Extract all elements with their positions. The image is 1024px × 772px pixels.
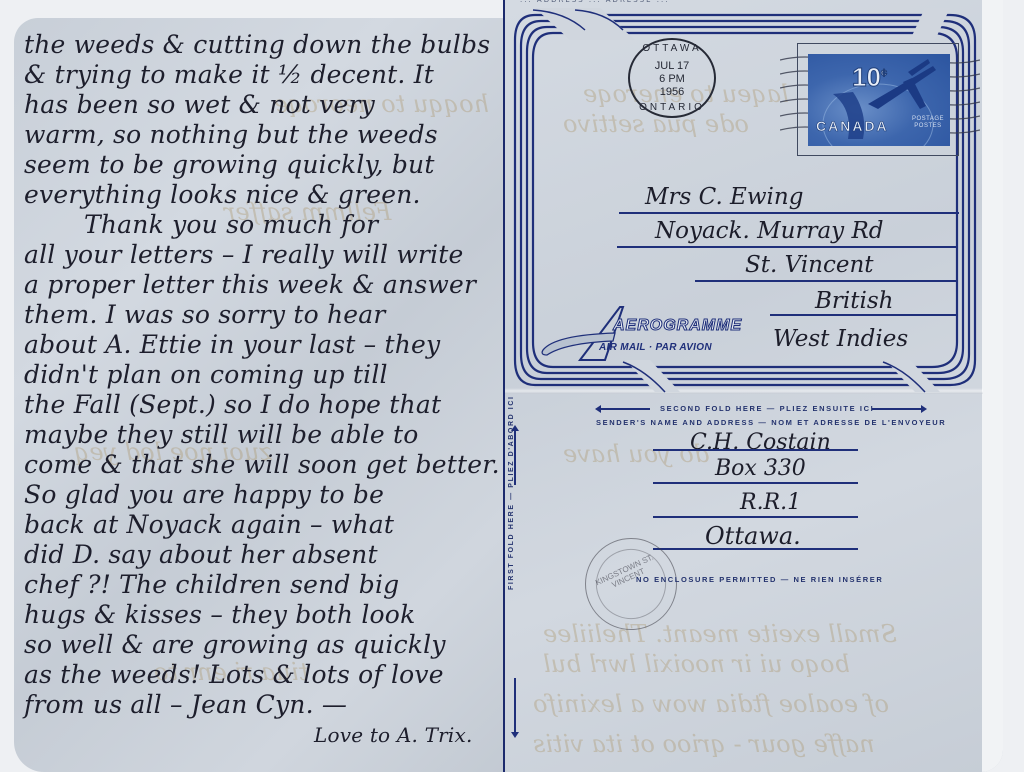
address-rule	[653, 516, 858, 518]
letter-line: has been so wet & not very	[24, 90, 502, 120]
letter-line: as the weeds! Lots & lots of love	[24, 660, 502, 690]
sender-line-3: Ottawa.	[705, 522, 801, 550]
arrow-down-icon	[514, 678, 516, 733]
letter-line: Thank you so much for	[84, 210, 504, 240]
address-rule	[653, 548, 858, 550]
receiving-postmark: KINGSTOWN ST. VINCENT	[585, 538, 677, 630]
letter-line: from us all – Jean Cyn. —	[24, 690, 502, 720]
sender-heading: SENDER'S NAME AND ADDRESS — NOM ET ADRES…	[596, 418, 946, 427]
postmark-date: JUL 17 6 PM 1956	[630, 60, 714, 99]
address-rule	[653, 449, 858, 451]
letter-line: warm, so nothing but the weeds	[24, 120, 502, 150]
postmark-province: ONTARIO	[630, 102, 714, 113]
letter-line: back at Noyack again – what	[24, 510, 502, 540]
no-enclosure-label: NO ENCLOSURE PERMITTED — NE RIEN INSÉRER	[636, 575, 883, 584]
paper-edge	[982, 0, 1003, 772]
letter-line: a proper letter this week & answer	[24, 270, 502, 300]
letter-line: the Fall (Sept.) so I do hope that	[24, 390, 502, 420]
bleed-through-text: of eoaloe ftdia wow a lexinifo	[533, 690, 889, 718]
first-fold-label: FIRST FOLD HERE — PLIEZ D'ABORD ICI	[508, 395, 515, 590]
address-rule	[617, 246, 957, 248]
letter-line: about A. Ettie in your last – they	[24, 330, 502, 360]
bleed-through-text: Small exeite meant. Theliilee	[543, 620, 897, 648]
address-rule	[653, 482, 858, 484]
letter-line: did D. say about her absent	[24, 540, 502, 570]
sender-name: C.H. Costain	[690, 430, 831, 455]
second-fold-label: SECOND FOLD HERE — PLIEZ ENSUITE ICI	[660, 404, 874, 413]
letter-line: chef ?! The children send big	[24, 570, 502, 600]
ottawa-postmark: OTTAWA JUL 17 6 PM 1956 ONTARIO	[628, 38, 716, 118]
letter-body: the weeds & cutting down the bulbs & try…	[14, 18, 504, 772]
aerogramme-logo: AEROGRAMME AIR MAIL · PAR AVION	[535, 305, 755, 365]
letter-line: seem to be growing quickly, but	[24, 150, 502, 180]
letter-line: hugs & kisses – they both look	[24, 600, 502, 630]
postage-stamp: 10¢ CANADA POSTAGE POSTES	[808, 54, 950, 146]
letter-postscript: Love to A. Trix.	[314, 720, 504, 750]
recipient-name: Mrs C. Ewing	[645, 184, 803, 210]
address-rule	[770, 314, 958, 316]
letter-line: come & that she will soon get better.	[24, 450, 502, 480]
recipient-line-3: British	[815, 288, 893, 314]
postmark-city: OTTAWA	[630, 43, 714, 54]
stamp-value: 10¢	[852, 62, 887, 93]
sender-line-2: R.R.1	[740, 490, 801, 515]
letter-line: the weeds & cutting down the bulbs	[24, 30, 502, 60]
letter-line: so well & are growing as quickly	[24, 630, 502, 660]
stylized-a-icon	[535, 305, 625, 365]
letter-line: & trying to make it ½ decent. It	[24, 60, 502, 90]
address-rule	[695, 280, 957, 282]
stamp-postage-label: POSTAGE POSTES	[912, 116, 944, 130]
letter-line: everything looks nice & green.	[24, 180, 502, 210]
letter-line: maybe they still will be able to	[24, 420, 502, 450]
arrow-right-icon	[872, 408, 922, 410]
letter-page: hoqqu to neoroqe Fellmm saffer zuoi noe …	[14, 18, 504, 772]
recipient-line-2: St. Vincent	[745, 252, 874, 278]
bleed-through-text: boqo ui ir nooixil lwrl bul	[543, 650, 850, 678]
arrow-left-icon	[600, 408, 650, 410]
aerogramme-title: AEROGRAMME	[613, 317, 742, 335]
recipient-line-1: Noyack. Murray Rd	[655, 218, 884, 244]
recipient-line-4: West Indies	[773, 326, 908, 352]
stamp-country: CANADA	[816, 118, 889, 134]
top-fold-print: ... ADDRESS ... ADRESSE ...	[520, 0, 669, 4]
letter-line: all your letters – I really will write	[24, 240, 502, 270]
letter-line: didn't plan on coming up till	[24, 360, 502, 390]
bleed-through-text: do you have	[563, 440, 709, 468]
bleed-through-text: naffe gour - qrioo ot ita vitis	[533, 730, 875, 758]
letter-line: them. I was so sorry to hear	[24, 300, 502, 330]
sender-line-1: Box 330	[715, 456, 806, 481]
address-rule	[619, 212, 959, 214]
letter-line: So glad you are happy to be	[24, 480, 502, 510]
air-mail-label: AIR MAIL · PAR AVION	[599, 342, 712, 353]
